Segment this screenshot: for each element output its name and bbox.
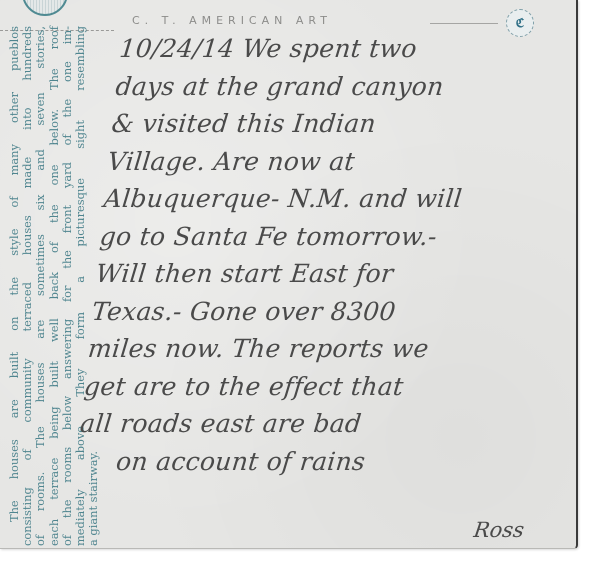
publisher-name: C. T. AMERICAN ART bbox=[132, 14, 332, 27]
message-line: Village. Are now at bbox=[106, 143, 578, 181]
postcard-back: C. T. AMERICAN ART ℭ The houses are buil… bbox=[0, 0, 578, 549]
message-line: miles now. The reports we bbox=[86, 330, 560, 368]
message-line: 10/24/14 We spent two bbox=[118, 30, 578, 68]
caption-line: each terrace being built well back of th… bbox=[48, 26, 61, 546]
message-line: on account of rains bbox=[74, 443, 548, 481]
message-line: Will then start East for bbox=[94, 255, 568, 293]
signature: Ross bbox=[472, 518, 525, 542]
message-line: Albuquerque- N.M. and will bbox=[102, 180, 576, 218]
message-line: & visited this Indian bbox=[110, 105, 578, 143]
message-line: days at the grand canyon bbox=[114, 68, 578, 106]
handwritten-message: 10/24/14 We spent two days at the grand … bbox=[74, 30, 578, 480]
circular-seal-icon bbox=[22, 0, 68, 16]
caption-line: of rooms. The houses are sometimes six a… bbox=[34, 26, 47, 546]
message-line: all roads east are bad bbox=[78, 405, 552, 443]
message-line: go to Santa Fe tomorrow.- bbox=[98, 218, 572, 256]
message-line: get are to the effect that bbox=[82, 368, 556, 406]
message-line: Texas.- Gone over 8300 bbox=[90, 293, 564, 331]
publisher-rule bbox=[430, 23, 498, 24]
